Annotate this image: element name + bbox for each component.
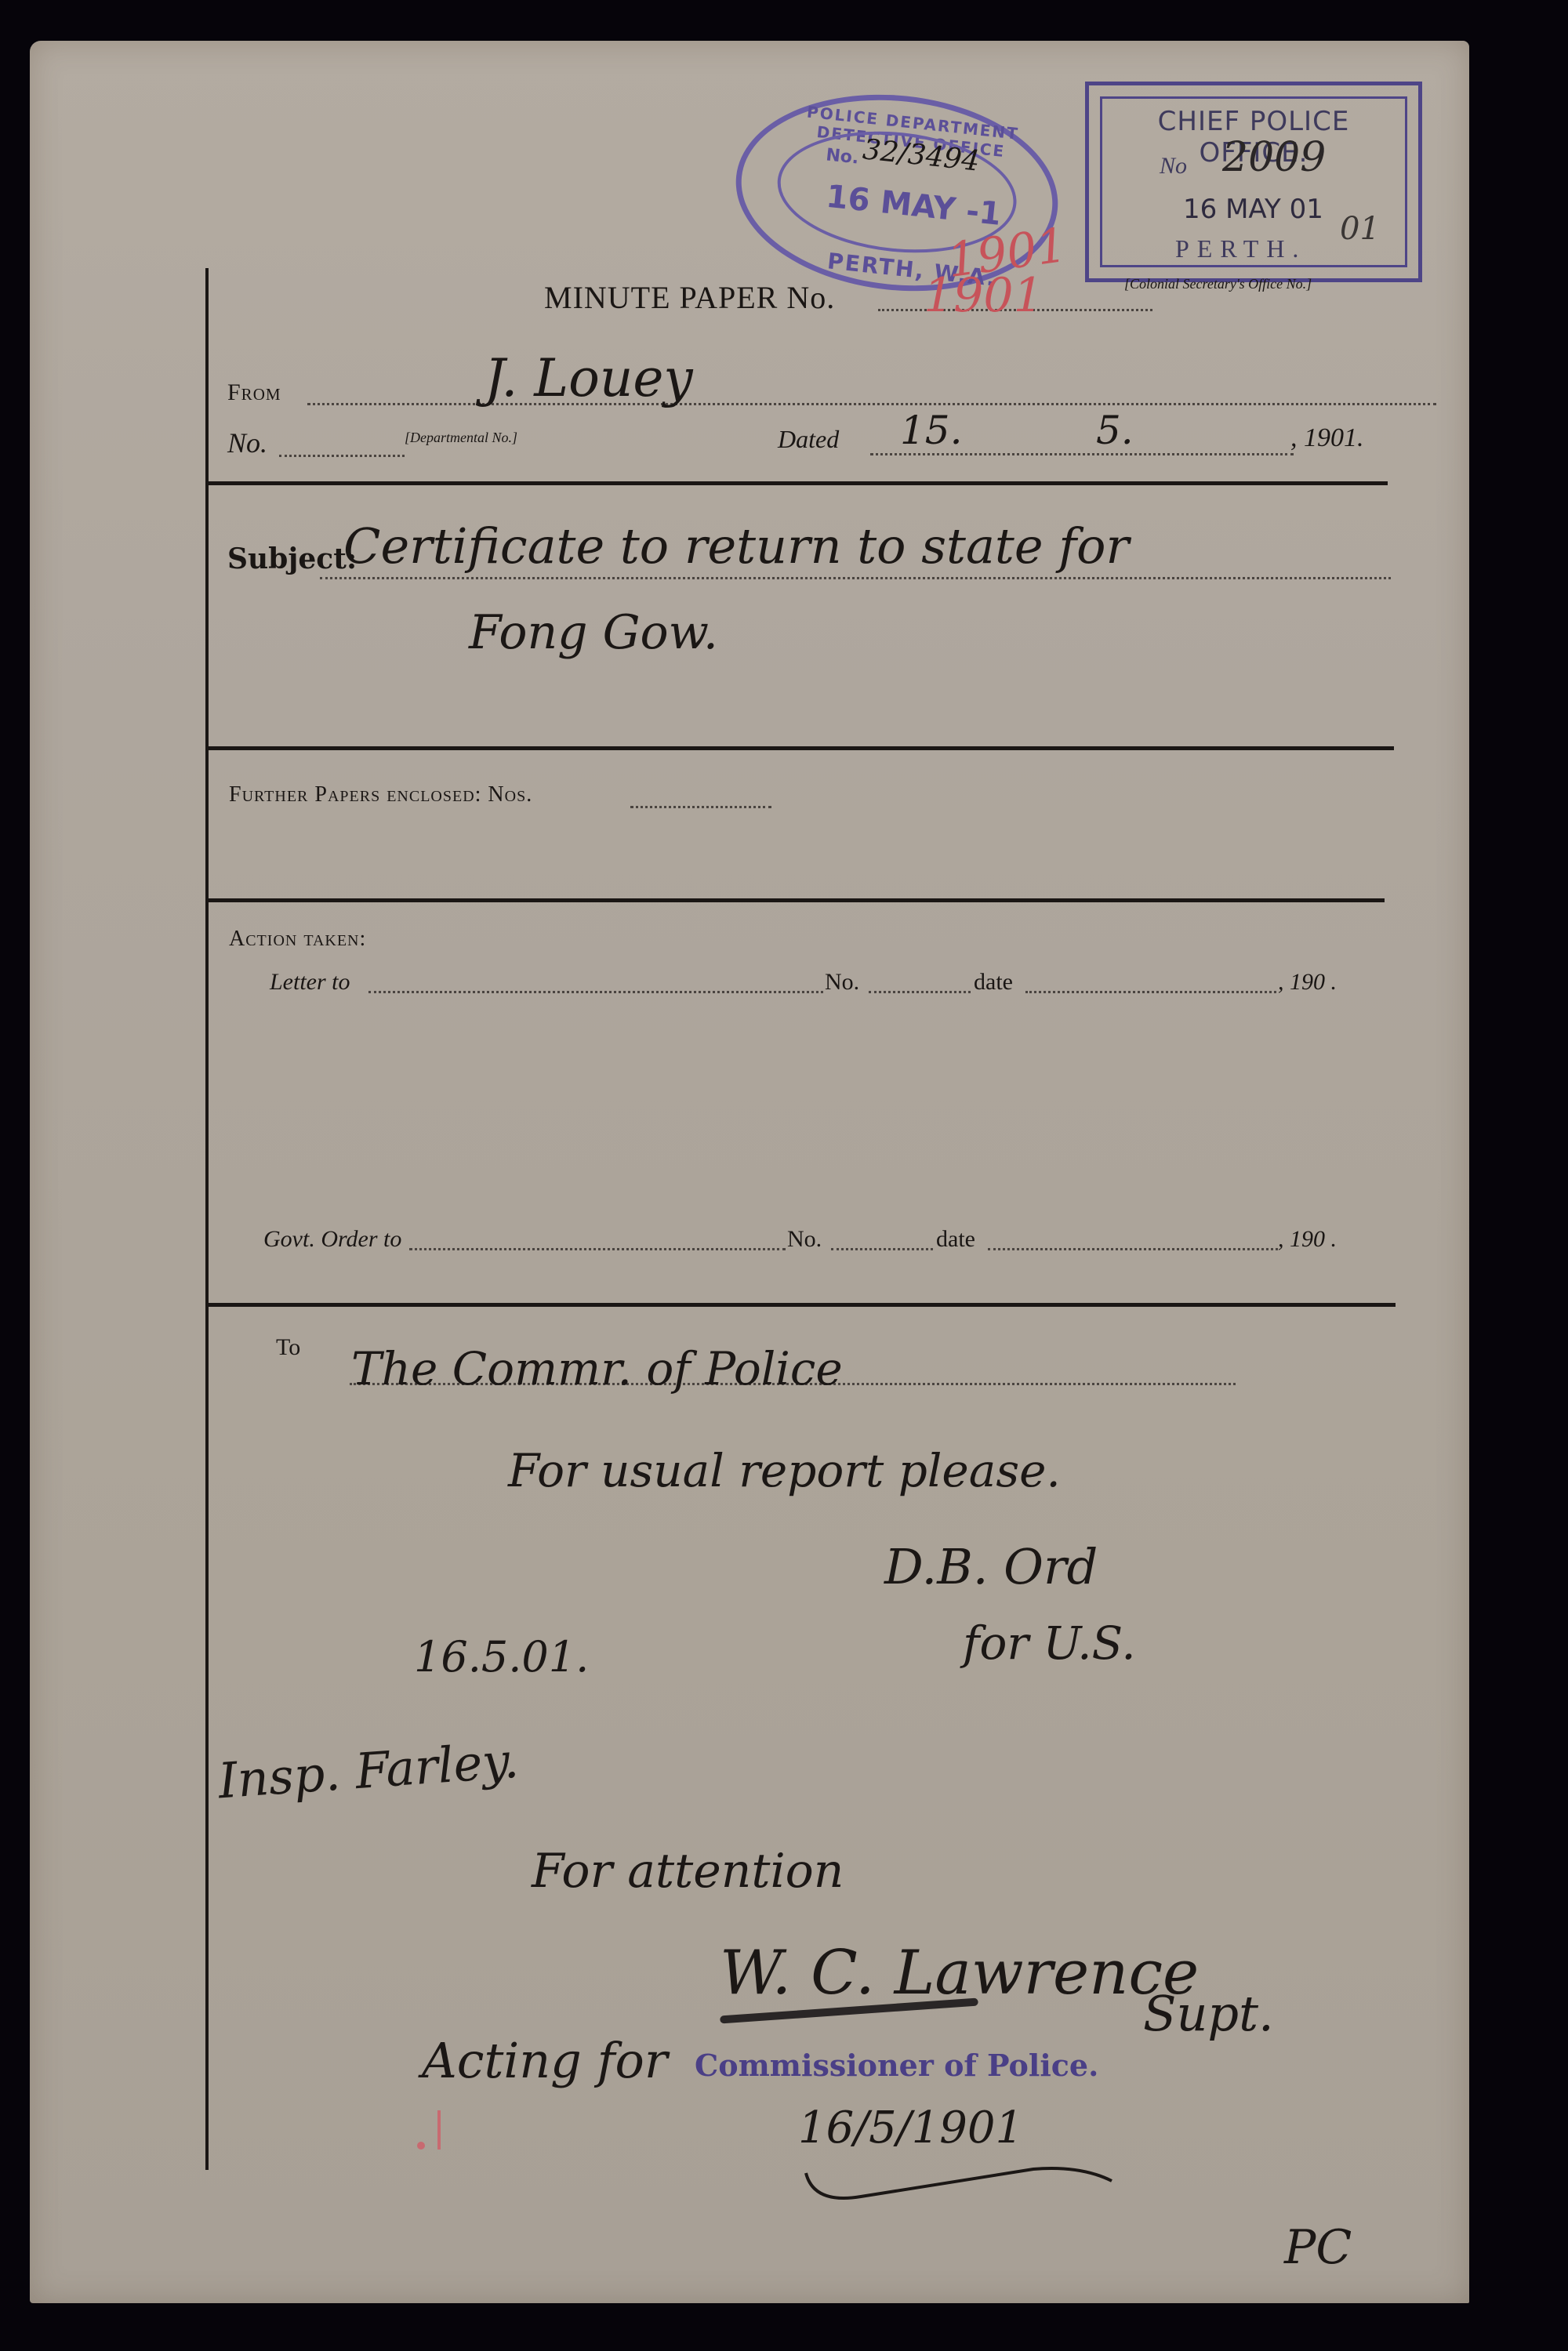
minute2-rank: Supt. bbox=[1143, 1985, 1274, 2042]
govt-order-year: , 190 . bbox=[1278, 1226, 1337, 1253]
commissioner-stamp: Commissioner of Police. bbox=[695, 2048, 1098, 2083]
chief-police-office-stamp: CHIEF POLICE OFFICE. No 2009 16 MAY 01 0… bbox=[1085, 82, 1422, 282]
further-papers-label: Further Papers enclosed: Nos. bbox=[229, 782, 532, 807]
stamp-city: PERTH. bbox=[1175, 234, 1306, 263]
red-margin-dot bbox=[417, 2142, 425, 2150]
from-label: From bbox=[227, 379, 281, 406]
minute2-addressee: Insp. Farley. bbox=[216, 1732, 521, 1810]
stamp-no-value: 2009 bbox=[1222, 134, 1326, 181]
flourish bbox=[798, 2157, 1127, 2212]
stamp-no-label: No bbox=[1160, 153, 1187, 180]
stamp-no-label: No. bbox=[825, 145, 859, 168]
to-date: 16.5.01. bbox=[414, 1632, 589, 1682]
colonial-office-note: [Colonial Secretary's Office No.] bbox=[1124, 276, 1312, 292]
govt-order-no-label: No. bbox=[787, 1226, 822, 1253]
dated-year: , 1901. bbox=[1290, 423, 1364, 453]
minute-paper-number: 1901 bbox=[924, 268, 1044, 323]
dated-day: 15. bbox=[900, 408, 963, 453]
dated-label: Dated bbox=[778, 425, 839, 454]
initials: PC bbox=[1284, 2220, 1352, 2275]
subject-label: Subject: bbox=[227, 542, 357, 575]
red-margin-mark bbox=[437, 2110, 441, 2150]
letter-no-label: No. bbox=[825, 969, 859, 996]
letter-date-label: date bbox=[974, 969, 1013, 996]
margin-rule bbox=[205, 268, 209, 2170]
from-value: J. Louey bbox=[485, 348, 693, 408]
action-taken-label: Action taken: bbox=[229, 927, 366, 952]
to-signature: D.B. Ord bbox=[884, 1538, 1098, 1595]
minute2-signature: W. C. Lawrence bbox=[720, 1938, 1199, 2008]
to-label: To bbox=[276, 1334, 300, 1361]
further-papers-field bbox=[630, 806, 771, 808]
subject-line-1: Certificate to return to state for bbox=[343, 517, 1129, 575]
to-signature-for: for U.S. bbox=[963, 1616, 1136, 1670]
stamp-date: 16 MAY 01 bbox=[1183, 194, 1323, 225]
subject-line-2: Fong Gow. bbox=[469, 605, 718, 660]
govt-order-label: Govt. Order to bbox=[263, 1226, 401, 1253]
govt-order-date-label: date bbox=[936, 1226, 975, 1253]
minute2-date: 16/5/1901 bbox=[798, 2102, 1023, 2153]
minute2-message: For attention bbox=[532, 1844, 844, 1899]
minute2-acting-for: Acting for bbox=[422, 2032, 667, 2089]
to-message: For usual report please. bbox=[508, 1444, 1061, 1497]
page-title: MINUTE PAPER No. bbox=[544, 279, 835, 316]
departmental-no-label: No. bbox=[227, 426, 267, 459]
dated-month: 5. bbox=[1096, 408, 1134, 453]
letter-year: , 190 . bbox=[1278, 969, 1337, 996]
letter-to-label: Letter to bbox=[270, 969, 350, 996]
to-addressee: The Commr. of Police bbox=[351, 1342, 843, 1395]
departmental-no-note: [Departmental No.] bbox=[405, 430, 517, 446]
minute-paper-document: POLICE DEPARTMENT DETECTIVE OFFICE No. 3… bbox=[30, 41, 1469, 2303]
stamp-date-annotation: 01 bbox=[1340, 211, 1380, 247]
